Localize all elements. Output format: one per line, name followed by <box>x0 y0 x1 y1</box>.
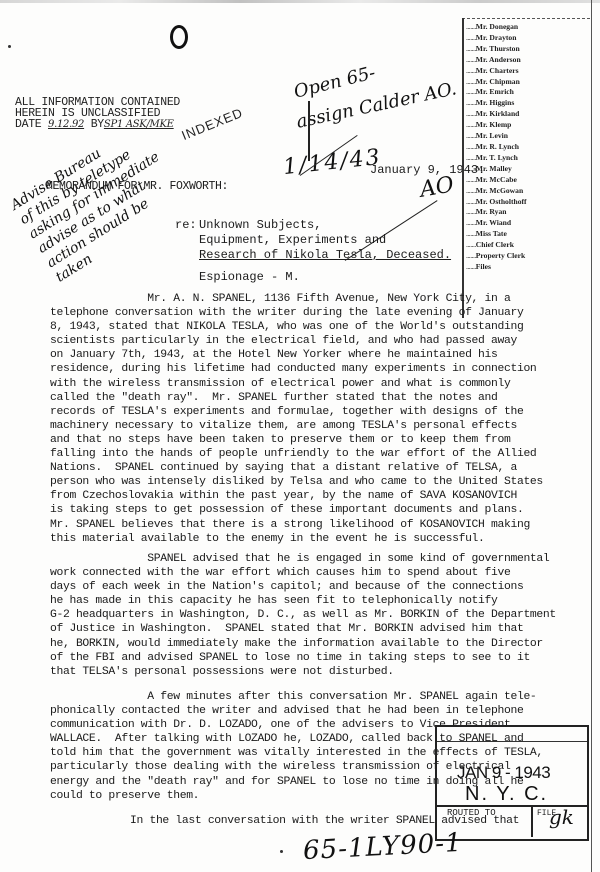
routing-dots: ....... <box>466 22 476 31</box>
routing-name: Chief Clerk <box>476 240 514 249</box>
subject-line-1: Unknown Subjects, <box>199 218 321 232</box>
date-label: DATE <box>15 118 41 131</box>
memo-subject: re:Unknown Subjects, Equipment, Experime… <box>175 218 451 285</box>
routing-list-item: .......Mr. R. Lynch <box>466 142 592 153</box>
declassification-stamp: ALL INFORMATION CONTAINED HEREIN IS UNCL… <box>15 97 180 130</box>
routing-list-item: .......Mr. Kirkland <box>466 109 592 120</box>
routing-dots: ....... <box>466 33 476 42</box>
scan-top-edge <box>0 0 600 3</box>
routing-list-item: .......Mr. Malley <box>466 164 592 175</box>
routing-dots: ....... <box>466 251 476 260</box>
re-label: re: <box>175 218 199 233</box>
routing-dots: ....... <box>466 120 476 129</box>
routing-list-item: .......Mr. Klemp <box>466 120 592 131</box>
declassification-date: 9.12.92 <box>48 119 84 130</box>
routing-name: Property Clerk <box>476 251 525 260</box>
routing-dots: ....... <box>466 153 476 162</box>
stamp-divider <box>437 741 587 742</box>
routing-name: Mr. Thurston <box>476 44 520 53</box>
body-line: of Justice in Washington. SPANEL stated … <box>50 622 556 636</box>
routing-name: Mr. T. Lynch <box>476 153 518 162</box>
routing-list-item: .......Property Clerk <box>466 251 592 262</box>
subject-line-3: Research of Nikola Tesla, Deceased. <box>199 248 451 263</box>
body-line: he, BORKIN, would immediately make the i… <box>50 637 556 651</box>
body-line: is taking steps to get possession of the… <box>50 503 543 517</box>
body-line: called the "death ray". Mr. SPANEL furth… <box>50 391 543 405</box>
handwritten-circle-mark <box>170 25 188 49</box>
routing-list-item: .......Mr. Donegan <box>466 22 592 33</box>
routing-list-item: .......Mr. Thurston <box>466 44 592 55</box>
routing-name: Mr. Ryan <box>476 207 507 216</box>
routing-dots: ....... <box>466 197 476 206</box>
received-stamp: JAN 9 - 1943 N. Y. C. ROUTED TO FILE gk <box>435 725 589 841</box>
routing-dots: ....... <box>466 77 476 86</box>
stamp-file-initials: gk <box>549 805 574 829</box>
routing-dots: ....... <box>466 175 476 184</box>
body-line: A few minutes after this conversation Mr… <box>50 690 543 704</box>
body-line: Nations. SPANEL continued by saying that… <box>50 461 543 475</box>
routing-name: Mr. R. Lynch <box>476 142 519 151</box>
routing-list-item: .......Mr. Ostholthoff <box>466 197 592 208</box>
routing-dots: ....... <box>466 66 476 75</box>
body-line: of the FBI and advised SPANEL to lose no… <box>50 651 556 665</box>
body-line: Mr. A. N. SPANEL, 1136 Fifth Avenue, New… <box>50 292 543 306</box>
routing-name: Mr. Malley <box>476 164 512 173</box>
routing-dots: ....... <box>466 262 476 271</box>
routing-name: Mr. Donegan <box>476 22 518 31</box>
body-line: scientists particularly in the electrica… <box>50 334 543 348</box>
handwritten-date: 1/14/43 <box>282 145 383 180</box>
routing-name: Mr. McCabe <box>476 175 517 184</box>
routing-list-item: .......Miss Tate <box>466 229 592 240</box>
by-label: BY <box>91 118 104 131</box>
body-line: falling into the hands of people unfrien… <box>50 447 543 461</box>
body-line: and that no steps have been taken to pre… <box>50 433 543 447</box>
routing-name: Miss Tate <box>476 229 507 238</box>
subject-line-2: Equipment, Experiments and <box>199 233 451 248</box>
body-line: person who was intensely disliked by Tel… <box>50 475 543 489</box>
routing-dots: ....... <box>466 207 476 216</box>
routing-name: Mr. Wiand <box>476 218 511 227</box>
body-line: that TELSA's personal possessions were n… <box>50 665 556 679</box>
routing-name: Mr. Drayton <box>476 33 517 42</box>
routing-dots: ....... <box>466 87 476 96</box>
routing-dots: ....... <box>466 218 476 227</box>
routing-dots: ....... <box>466 186 476 195</box>
routing-name: Mr. McGowan <box>476 186 523 195</box>
stamp-date: JAN 9 - 1943 <box>457 763 550 783</box>
routing-dots: ....... <box>466 142 476 151</box>
handwritten-margin-note: Advise Bureau of this by teletype asking… <box>8 120 190 286</box>
routing-dots: ....... <box>466 164 476 173</box>
routing-dots: ....... <box>466 44 476 53</box>
pen-stroke <box>308 101 310 161</box>
scan-speck <box>8 45 11 48</box>
stamp-routed-to: ROUTED TO <box>447 808 496 818</box>
body-paragraph-2: SPANEL advised that he is engaged in som… <box>50 552 556 679</box>
body-line: G-2 headquarters in Washington, D. C., a… <box>50 608 556 622</box>
routing-dots: ....... <box>466 229 476 238</box>
routing-name: Mr. Emrich <box>476 87 514 96</box>
document-page: ALL INFORMATION CONTAINED HEREIN IS UNCL… <box>0 0 600 872</box>
body-line: machinery necessary to vitalize them, ar… <box>50 419 543 433</box>
routing-list-item: .......Mr. McGowan <box>466 186 592 197</box>
body-line: from Czechoslovakia within the past year… <box>50 489 543 503</box>
routing-list-item: .......Mr. T. Lynch <box>466 153 592 164</box>
body-line: days of each week in the Nation's capito… <box>50 580 556 594</box>
routing-list-item: .......Files <box>466 262 592 273</box>
routing-list: .......Mr. Donegan.......Mr. Drayton....… <box>462 18 592 318</box>
body-paragraph-1: Mr. A. N. SPANEL, 1136 Fifth Avenue, New… <box>50 292 543 546</box>
routing-dots: ....... <box>466 109 476 118</box>
subject-classification: Espionage - M. <box>199 270 451 285</box>
body-line: residence, during his lifetime had condu… <box>50 362 543 376</box>
routing-list-item: .......Mr. Charters <box>466 66 592 77</box>
routing-name: Mr. Charters <box>476 66 519 75</box>
routing-name: Mr. Chipman <box>476 77 520 86</box>
routing-list-item: .......Mr. Chipman <box>466 77 592 88</box>
routing-dots: ....... <box>466 98 476 107</box>
routing-name: Mr. Levin <box>476 131 508 140</box>
body-line: this material available to the enemy in … <box>50 532 543 546</box>
routing-name: Mr. Klemp <box>476 120 512 129</box>
body-line: 8, 1943, stated that NIKOLA TESLA, who w… <box>50 320 543 334</box>
routing-list-item: .......Chief Clerk <box>466 240 592 251</box>
indexed-stamp: INDEXED <box>179 105 245 143</box>
stamp-city: N. Y. C. <box>465 783 548 806</box>
handwritten-file-number: 65-1LY90-1 <box>302 828 463 866</box>
routing-list-item: .......Mr. McCabe <box>466 175 592 186</box>
body-line: Mr. SPANEL believes that there is a stro… <box>50 518 543 532</box>
routing-list-item: .......Mr. Ryan <box>466 207 592 218</box>
memo-addressee: MEMORANDUM FOR MR. FOXWORTH: <box>46 180 228 193</box>
routing-name: Mr. Higgins <box>476 98 515 107</box>
routing-list-item: .......Mr. Anderson <box>466 55 592 66</box>
routing-name: Mr. Kirkland <box>476 109 520 118</box>
scan-speck <box>280 850 283 853</box>
routing-dots: ....... <box>466 55 476 64</box>
body-line: work connected with the war effort which… <box>50 566 556 580</box>
declassification-date-line: DATE 9.12.92 BYSP1 ASK/MKE <box>15 119 180 130</box>
body-line: he has made in this capacity he has seen… <box>50 594 556 608</box>
routing-name: Mr. Ostholthoff <box>476 197 527 206</box>
routing-list-item: .......Mr. Drayton <box>466 33 592 44</box>
body-line: telephone conversation with the writer d… <box>50 306 543 320</box>
routing-name: Mr. Anderson <box>476 55 521 64</box>
routing-name: Files <box>476 262 491 271</box>
routing-dots: ....... <box>466 131 476 140</box>
stamp-file-box: FILE gk <box>531 805 587 837</box>
body-line: with the wireless transmission of electr… <box>50 377 543 391</box>
body-line: SPANEL advised that he is engaged in som… <box>50 552 556 566</box>
body-line: records of TESLA's experiments and formu… <box>50 405 543 419</box>
body-line: phonically contacted the writer and advi… <box>50 704 543 718</box>
routing-list-item: .......Mr. Levin <box>466 131 592 142</box>
routing-dots: ....... <box>466 240 476 249</box>
routing-list-item: .......Mr. Emrich <box>466 87 592 98</box>
routing-list-item: .......Mr. Wiand <box>466 218 592 229</box>
body-line: on January 7th, 1943, at the Hotel New Y… <box>50 348 543 362</box>
routing-list-item: .......Mr. Higgins <box>466 98 592 109</box>
